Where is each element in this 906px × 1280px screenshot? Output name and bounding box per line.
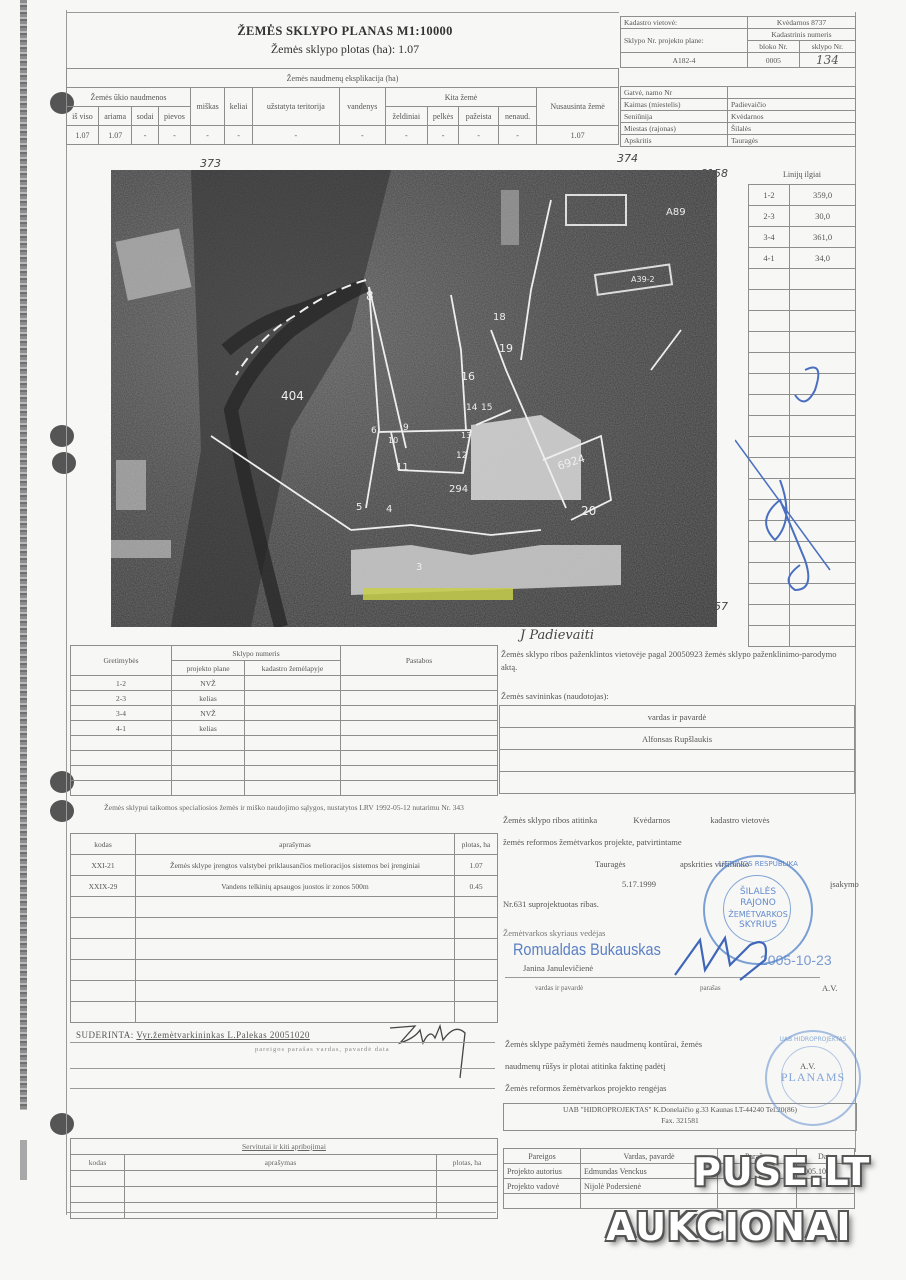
col-header: vandenys [339, 88, 385, 126]
line-length-row: 1-2359,0 [749, 185, 856, 206]
explication-value: - [339, 126, 385, 145]
neighbor-row: 3-4NVŽ [71, 706, 498, 721]
line-length-row [749, 626, 856, 647]
block-label: bloko Nr. [748, 41, 800, 53]
divider [70, 1042, 495, 1043]
length: 359,0 [790, 185, 856, 206]
grid-label: 373 [200, 157, 221, 170]
owner-label: Žemės savininkas (naudotojas): [501, 690, 609, 703]
special-condition-row [71, 981, 498, 1002]
empty-cell [172, 751, 245, 766]
line-length-row [749, 269, 856, 290]
empty-cell [71, 766, 172, 781]
project-plot: NVŽ [172, 676, 245, 691]
svg-text:3: 3 [416, 562, 422, 573]
owner-empty-row [500, 750, 855, 772]
explication-value: - [459, 126, 498, 145]
empty-cell [71, 1171, 125, 1187]
col-header: keliai [225, 88, 253, 126]
empty-cell [71, 939, 136, 960]
empty-cell [172, 766, 245, 781]
plot-value-handwritten: 134 [799, 53, 855, 68]
line-length-row: 2-330,0 [749, 206, 856, 227]
empty-cell [245, 736, 341, 751]
condition-desc: Vandens telkinių apsaugos juostos ir zon… [136, 876, 455, 897]
officer-label: Žemėtvarkos skyriaus vedėjas [503, 927, 605, 940]
segment [749, 269, 790, 290]
explication-value: - [132, 126, 158, 145]
col-header: iš viso [67, 107, 99, 126]
empty-cell [136, 960, 455, 981]
address-value: Padievaičio [728, 99, 856, 111]
location-label: Kadastro vietovė: [621, 17, 748, 29]
cadastre-plot [245, 691, 341, 706]
compliance-county: Tauragės [595, 858, 626, 871]
special-condition-row [71, 939, 498, 960]
divider [70, 1068, 495, 1069]
svg-text:20: 20 [581, 504, 596, 518]
empty-cell [71, 751, 172, 766]
binding-strip [20, 1140, 27, 1180]
col-header: užstatyta teritorija [252, 88, 339, 126]
grid-label: 374 [617, 152, 638, 165]
svg-text:8: 8 [366, 289, 374, 303]
page-frame-left [66, 10, 67, 1215]
group-agri: Žemės ūkio naudmenos [67, 88, 191, 107]
col-header: aprašymas [136, 834, 455, 855]
svg-text:9: 9 [403, 423, 409, 433]
land-use-explication-table: Žemės naudmenų eksplikacija (ha) Žemės ū… [66, 68, 619, 145]
actual-line-1: Žemės sklype pažymėti žemės naudmenų kon… [505, 1038, 702, 1051]
document-title: ŽEMĖS SKLYPO PLANAS M1:10000 [195, 24, 495, 39]
explication-value: - [252, 126, 339, 145]
plot-label: sklypo Nr. [799, 41, 855, 53]
empty-cell [125, 1171, 437, 1187]
empty-cell [136, 939, 455, 960]
line-length-row: 3-4361,0 [749, 227, 856, 248]
empty-cell [125, 1203, 437, 1219]
col-header: sodai [132, 107, 158, 126]
owner-name: Alfonsas Rupšlaukis [500, 728, 855, 750]
servitude-row [71, 1187, 498, 1203]
project-plot: NVŽ [172, 706, 245, 721]
compliance-line-2: žemės reformos žemėtvarkos projekte, pat… [503, 836, 682, 849]
explication-value: - [498, 126, 536, 145]
servitude-row [71, 1203, 498, 1219]
address-label: Gatvė, namo Nr [621, 87, 728, 99]
sig-caption-name: vardas ir pavardė [535, 984, 583, 992]
map-overlay: A39-2 A89 404 8 18 19 16 [111, 170, 717, 627]
watermark-line-1: PUSE.LT [693, 1150, 870, 1194]
neighbor-row: 4-1kelias [71, 721, 498, 736]
compliance-text: Žemės sklypo ribos atitinka [503, 815, 597, 825]
compliance-location: Kvėdarnos [633, 815, 670, 825]
segment: 3-4 [749, 227, 790, 248]
empty-cell [341, 736, 498, 751]
col-header: ariama [98, 107, 132, 126]
compliance-line-5: Nr.631 suprojektuotas ribas. [503, 898, 599, 911]
address-label: Miestas (rajonas) [621, 123, 728, 135]
segment: 4-1 [749, 248, 790, 269]
explication-values-row: 1.071.07----------1.07 [67, 126, 619, 145]
svg-text:19: 19 [499, 342, 513, 355]
empty-cell [71, 981, 136, 1002]
col-header: plotas, ha [455, 834, 498, 855]
empty-cell [136, 918, 455, 939]
servitudes-caption: Servitutai ir kiti apribojimai [71, 1139, 498, 1155]
condition-area: 1.07 [455, 855, 498, 876]
svg-text:6: 6 [371, 426, 377, 436]
empty-cell [437, 1171, 498, 1187]
neighbor-row [71, 781, 498, 796]
address-label: Kaimas (miestelis) [621, 99, 728, 111]
col-header: Pareigos [504, 1149, 581, 1164]
divider [70, 1088, 495, 1089]
svg-text:5: 5 [356, 502, 362, 513]
address-value: Kvėdarnos [728, 111, 856, 123]
officer-signature [670, 930, 780, 985]
col-header: pievos [158, 107, 190, 126]
length [790, 626, 856, 647]
group-other: Kita žemė [385, 88, 537, 107]
segment [749, 311, 790, 332]
empty-cell [136, 897, 455, 918]
neighbor-row [71, 751, 498, 766]
empty-cell [455, 981, 498, 1002]
empty-cell [341, 781, 498, 796]
special-conditions-caption: Žemės sklypui taikomos specialiosios žem… [70, 803, 498, 813]
owner-table: vardas ir pavardė Alfonsas Rupšlaukis [499, 705, 855, 794]
boundary: 1-2 [71, 676, 172, 691]
agreed-value: Vyr.žemėtvarkininkas L.Palekas 20051020 [136, 1030, 309, 1040]
svg-text:11: 11 [396, 462, 409, 473]
block-value: 0005 [748, 53, 800, 68]
address-label: Apskritis [621, 135, 728, 147]
col-header: miškas [191, 88, 225, 126]
page-frame-top [66, 12, 619, 13]
svg-text:A89: A89 [666, 207, 686, 218]
stamp-ring-text: LIETUVOS RESPUBLIKA [705, 860, 811, 868]
special-condition-row [71, 918, 498, 939]
segment: 2-3 [749, 206, 790, 227]
compliance-date: 5.17.1999 [622, 878, 656, 891]
col-header: Pastabos [341, 646, 498, 676]
col-header: projekto plane [172, 661, 245, 676]
empty-cell [455, 918, 498, 939]
handwritten-caption: J Padievaiti [520, 628, 594, 643]
length [790, 269, 856, 290]
plot-project-value: A182-4 [621, 53, 748, 68]
svg-text:18: 18 [493, 312, 506, 323]
explication-value: - [158, 126, 190, 145]
empty-cell [71, 1203, 125, 1219]
svg-text:294: 294 [449, 484, 468, 495]
col-header: aprašymas [125, 1155, 437, 1171]
explication-caption: Žemės naudmenų eksplikacija (ha) [67, 69, 619, 88]
svg-text:13: 13 [461, 431, 471, 440]
length: 361,0 [790, 227, 856, 248]
special-condition-row [71, 897, 498, 918]
cadastre-info-table: Kadastro vietovė: Kvėdarnos 8737 Sklypo … [620, 16, 856, 68]
svg-text:12: 12 [456, 451, 467, 461]
notes [341, 706, 498, 721]
empty-cell [172, 781, 245, 796]
col-header: Sklypo numeris [172, 646, 341, 661]
planams-stamp: UAB HIDROPROJEKTAS PLANAMS [765, 1030, 861, 1126]
cadastral-no-label: Kadastrinis numeris [748, 29, 856, 41]
compliance-text: įsakymo [830, 878, 859, 891]
empty-cell [504, 1194, 581, 1209]
preparer-role: Projekto vadovė [504, 1179, 581, 1194]
explication-value: - [385, 126, 427, 145]
address-label: Seniūnija [621, 111, 728, 123]
compliance-text: kadastro vietovės [710, 815, 769, 825]
address-table: Gatvė, namo NrKaimas (miestelis)Padievai… [620, 86, 856, 147]
address-value [728, 87, 856, 99]
explication-value: 1.07 [98, 126, 132, 145]
empty-cell [341, 766, 498, 781]
length [790, 311, 856, 332]
address-row: Miestas (rajonas)Šilalės [621, 123, 856, 135]
address-row: SeniūnijaKvėdarnos [621, 111, 856, 123]
owner-header: vardas ir pavardė [500, 706, 855, 728]
agreed-label: SUDERINTA: [76, 1030, 134, 1040]
boundary: 3-4 [71, 706, 172, 721]
length [790, 290, 856, 311]
cadastre-plot [245, 676, 341, 691]
boundary: 4-1 [71, 721, 172, 736]
address-value: Tauragės [728, 135, 856, 147]
project-plot: kelias [172, 721, 245, 736]
empty-cell [71, 781, 172, 796]
svg-text:14: 14 [466, 403, 478, 413]
col-header: kodas [71, 1155, 125, 1171]
punch-hole [52, 452, 76, 474]
owner-empty-row [500, 772, 855, 794]
agreed-line: SUDERINTA: Vyr.žemėtvarkininkas L.Paleka… [76, 1030, 310, 1040]
special-condition-row [71, 960, 498, 981]
watermark-line-2: AUKCIONAI [606, 1205, 852, 1249]
project-plot: kelias [172, 691, 245, 706]
address-row: Kaimas (miestelis)Padievaičio [621, 99, 856, 111]
aerial-map[interactable]: A39-2 A89 404 8 18 19 16 [111, 170, 717, 627]
agreed-signature [385, 1018, 485, 1088]
officer-name-stamp: Romualdas Bukauskas [513, 940, 661, 960]
col-header: pažeista [459, 107, 498, 126]
col-header: Gretimybės [71, 646, 172, 676]
special-condition-row: XXI-21Žemės sklype įrengtos valstybei pr… [71, 855, 498, 876]
empty-cell [71, 897, 136, 918]
empty-cell [455, 897, 498, 918]
empty-cell [172, 736, 245, 751]
address-value: Šilalės [728, 123, 856, 135]
neighbor-row [71, 766, 498, 781]
svg-text:404: 404 [281, 389, 304, 403]
col-header: nenaud. [498, 107, 536, 126]
binding-strip [20, 0, 27, 1110]
seal-label: A.V. [822, 982, 837, 995]
empty-cell [71, 960, 136, 981]
explication-value: - [427, 126, 459, 145]
col-header: pelkės [427, 107, 459, 126]
empty-cell [437, 1187, 498, 1203]
stamp-center-text: ŠILALĖS RAJONO ŽEMĖTVARKOS SKYRIUS [705, 887, 811, 931]
empty-cell [245, 781, 341, 796]
line-length-row [749, 311, 856, 332]
col-header: Nusausinta žemė [537, 88, 619, 126]
actual-line-2: naudmenų rūšys ir plotai atitinka faktin… [505, 1060, 666, 1073]
svg-text:10: 10 [388, 436, 398, 445]
notes [341, 691, 498, 706]
empty-cell [71, 1002, 136, 1023]
special-condition-row: XXIX-29Vandens telkinių apsaugos juostos… [71, 876, 498, 897]
officer-typed-name: Janina Janulevičienė [523, 962, 593, 975]
empty-cell [125, 1187, 437, 1203]
plot-no-label: Sklypo Nr. projekto plane: [621, 29, 748, 53]
line-length-row: 4-134,0 [749, 248, 856, 269]
address-row: ApskritisTauragės [621, 135, 856, 147]
empty-cell [71, 736, 172, 751]
preparer-role: Projekto autorius [504, 1164, 581, 1179]
svg-text:4: 4 [386, 504, 392, 515]
empty-cell [71, 1187, 125, 1203]
punch-hole [50, 1113, 74, 1135]
agreed-caption: pareigos parašas vardas, pavardė data [255, 1046, 390, 1053]
notes [341, 676, 498, 691]
segment [749, 290, 790, 311]
col-header: kadastro žemėlapyje [245, 661, 341, 676]
empty-cell [245, 766, 341, 781]
explication-value: 1.07 [67, 126, 99, 145]
length: 30,0 [790, 206, 856, 227]
sig-caption-signature: parašas [700, 984, 721, 992]
notes [341, 721, 498, 736]
condition-area: 0.45 [455, 876, 498, 897]
empty-cell [455, 960, 498, 981]
handwritten-signature [735, 350, 855, 610]
marking-text: Žemės sklypo ribos paženklintos vietovėj… [501, 648, 853, 674]
empty-cell [245, 751, 341, 766]
servitude-row [71, 1171, 498, 1187]
length: 34,0 [790, 248, 856, 269]
empty-cell [455, 939, 498, 960]
condition-code: XXI-21 [71, 855, 136, 876]
explication-value: - [191, 126, 225, 145]
actual-line-3: Žemės reformos žemėtvarkos projekto reng… [505, 1082, 666, 1095]
line-length-row [749, 290, 856, 311]
neighbors-table: Gretimybės Sklypo numeris Pastabos proje… [70, 645, 498, 796]
explication-value: 1.07 [537, 126, 619, 145]
plot-area-label: Žemės sklypo plotas (ha): 1.07 [195, 42, 495, 57]
cadastre-plot [245, 721, 341, 736]
address-row: Gatvė, namo Nr [621, 87, 856, 99]
explication-value: - [225, 126, 253, 145]
special-conditions-table: kodas aprašymas plotas, ha XXI-21Žemės s… [70, 833, 498, 1023]
location-value: Kvėdarnos 8737 [748, 17, 856, 29]
empty-cell [437, 1203, 498, 1219]
condition-desc: Žemės sklype įrengtos valstybei priklaus… [136, 855, 455, 876]
col-header: želdiniai [385, 107, 427, 126]
empty-cell [136, 981, 455, 1002]
neighbor-row [71, 736, 498, 751]
segment: 1-2 [749, 185, 790, 206]
segment [749, 626, 790, 647]
col-header: kodas [71, 834, 136, 855]
boundary: 2-3 [71, 691, 172, 706]
svg-text:16: 16 [461, 370, 475, 383]
col-header: plotas, ha [437, 1155, 498, 1171]
svg-text:15: 15 [481, 403, 492, 413]
cadastre-plot [245, 706, 341, 721]
condition-code: XXIX-29 [71, 876, 136, 897]
punch-hole [50, 425, 74, 447]
empty-cell [71, 918, 136, 939]
empty-cell [341, 751, 498, 766]
neighbor-row: 2-3kelias [71, 691, 498, 706]
compliance-line-1: Žemės sklypo ribos atitinka Kvėdarnos ka… [503, 814, 855, 827]
servitudes-table: Servitutai ir kiti apribojimai kodas apr… [70, 1138, 498, 1219]
line-lengths-title: Linijų ilgiai [748, 170, 856, 179]
svg-text:A39-2: A39-2 [631, 275, 655, 284]
neighbor-row: 1-2NVŽ [71, 676, 498, 691]
